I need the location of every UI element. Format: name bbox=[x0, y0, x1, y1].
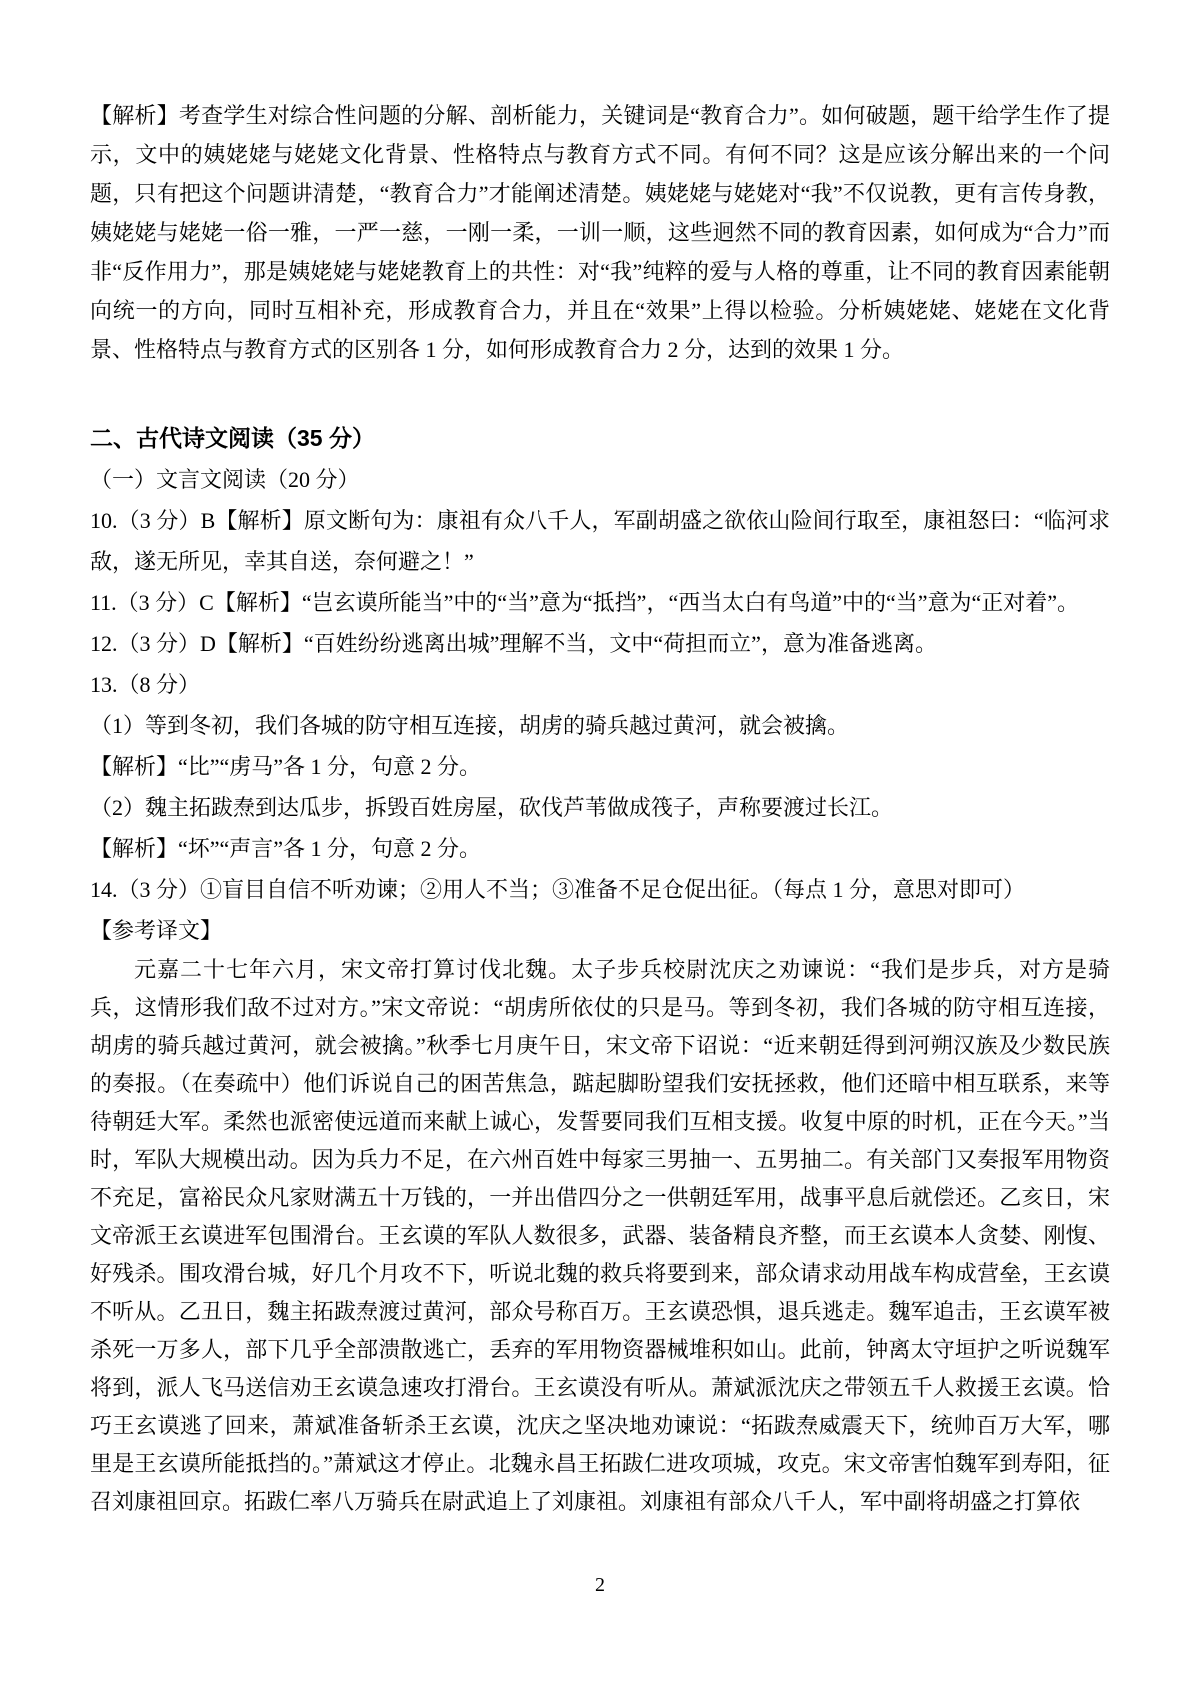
page-content: 【解析】考查学生对综合性问题的分解、剖析能力，关键词是“教育合力”。如何破题，题… bbox=[90, 96, 1110, 1521]
reference-translation-label: 【参考译文】 bbox=[90, 910, 1110, 951]
reference-translation-paragraph: 元嘉二十七年六月，宋文帝打算讨伐北魏。太子步兵校尉沈庆之劝谏说：“我们是步兵，对… bbox=[90, 951, 1110, 1521]
answer-item-12: 12.（3 分）D【解析】“百姓纷纷逃离出城”理解不当，文中“荷担而立”，意为准… bbox=[90, 623, 1110, 664]
answer-item-13-part1: （1）等到冬初，我们各城的防守相互连接，胡虏的骑兵越过黄河，就会被擒。 bbox=[90, 705, 1110, 746]
answer-item-13: 13.（8 分） bbox=[90, 664, 1110, 705]
answer-item-11: 11.（3 分）C【解析】“岂玄谟所能当”中的“当”意为“抵挡”，“西当太白有鸟… bbox=[90, 582, 1110, 623]
answer-item-13-part2: （2）魏主拓跋焘到达瓜步，拆毁百姓房屋，砍伐芦苇做成筏子，声称要渡过长江。 bbox=[90, 787, 1110, 828]
answer-item-14: 14.（3 分）①盲目自信不听劝谏；②用人不当；③准备不足仓促出征。（每点 1 … bbox=[90, 869, 1110, 910]
section-heading-ancient-poetry-reading: 二、古代诗文阅读（35 分） bbox=[90, 417, 1110, 459]
subsection-heading-classical-chinese-reading: （一）文言文阅读（20 分） bbox=[90, 459, 1110, 500]
answer-item-13-part2-analysis: 【解析】“坏”“声言”各 1 分，句意 2 分。 bbox=[90, 828, 1110, 869]
page-number: 2 bbox=[0, 1570, 1200, 1600]
question9-analysis-paragraph: 【解析】考查学生对综合性问题的分解、剖析能力，关键词是“教育合力”。如何破题，题… bbox=[90, 96, 1110, 369]
answer-sheet-page: 【解析】考查学生对综合性问题的分解、剖析能力，关键词是“教育合力”。如何破题，题… bbox=[0, 0, 1200, 1698]
answer-item-10: 10.（3 分）B【解析】原文断句为：康祖有众八千人，军副胡盛之欲依山险间行取至… bbox=[90, 500, 1110, 582]
answer-item-13-part1-analysis: 【解析】“比”“虏马”各 1 分，句意 2 分。 bbox=[90, 746, 1110, 787]
